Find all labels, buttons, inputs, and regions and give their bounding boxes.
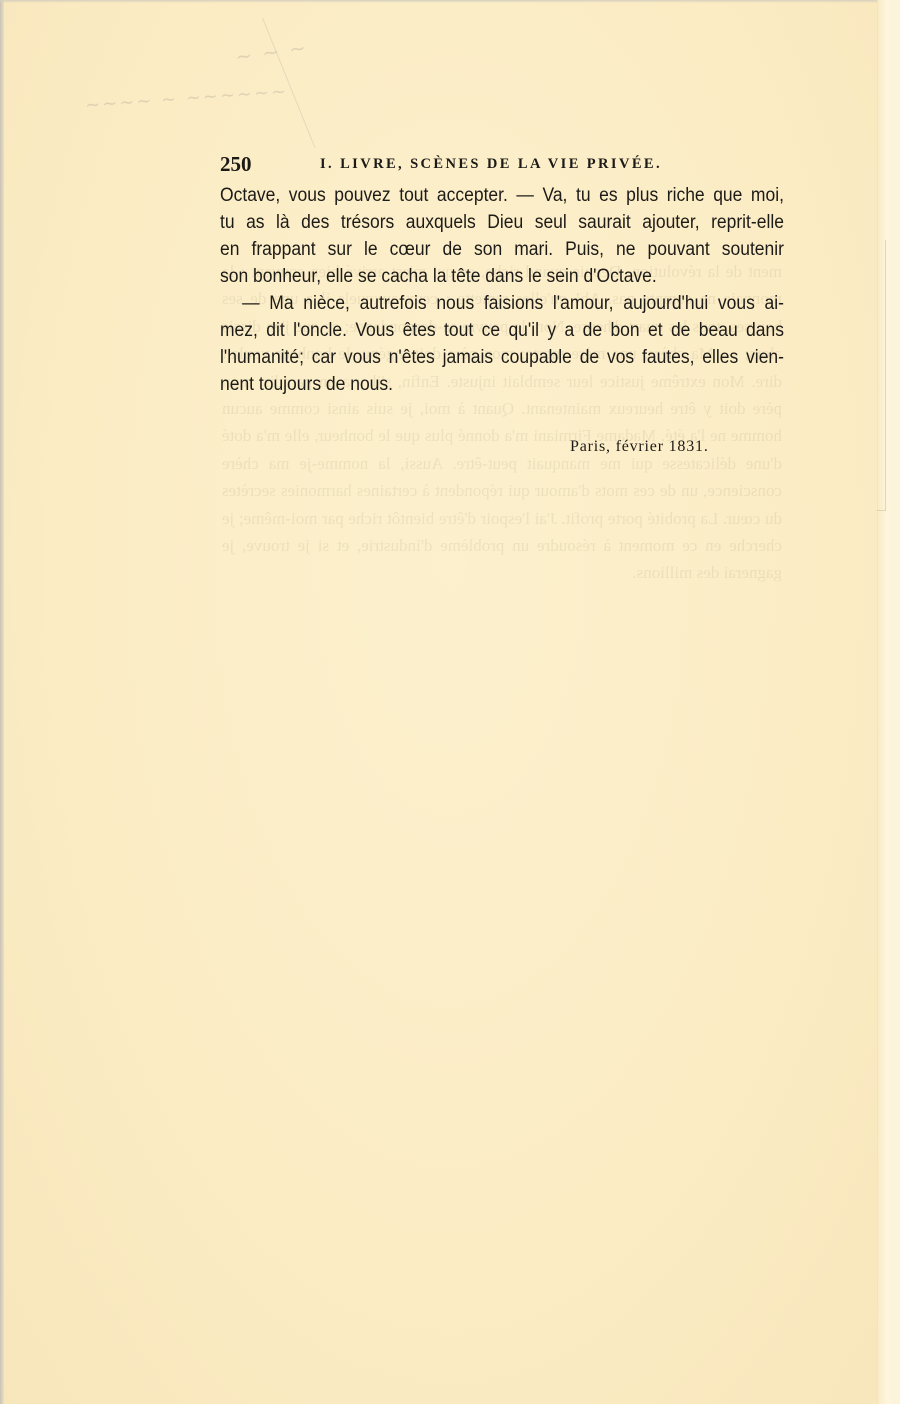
page-top-edge bbox=[0, 0, 900, 3]
text-line: tu as là des trésors auxquels Dieu seul … bbox=[220, 209, 784, 236]
text-line: mez, dit l'oncle. Vous êtes tout ce qu'i… bbox=[220, 317, 784, 344]
text-line: — Ma nièce, autrefois nous faisions l'am… bbox=[220, 290, 784, 317]
scanned-page: ~ ~ ~ ~~~~ ~ ~~~~~~ ment de la révolutio… bbox=[0, 0, 900, 1404]
body-text: Octave, vous pouvez tout accepter. — Va,… bbox=[220, 182, 739, 398]
page-right-edge-strip bbox=[877, 0, 900, 1404]
paragraph-1: Octave, vous pouvez tout accepter. — Va,… bbox=[220, 182, 784, 290]
text-line: en frappant sur le cœur de son mari. Pui… bbox=[220, 236, 784, 263]
page-fold-mark bbox=[877, 240, 886, 511]
page-header: 250 I. LIVRE, SCÈNES DE LA VIE PRIVÉE. bbox=[220, 152, 690, 178]
signoff-place-date: Paris, février 1831. bbox=[570, 438, 709, 456]
text-line: Octave, vous pouvez tout accepter. — Va,… bbox=[220, 182, 784, 209]
paragraph-2: — Ma nièce, autrefois nous faisions l'am… bbox=[220, 290, 784, 398]
text-line: nent toujours de nous. bbox=[220, 371, 784, 398]
pencil-annotation: ~~~~ ~ ~~~~~~ bbox=[85, 81, 289, 116]
text-line: l'humanité; car vous n'êtes jamais coupa… bbox=[220, 344, 784, 371]
text-line: son bonheur, elle se cacha la tête dans … bbox=[220, 263, 784, 290]
page-number: 250 bbox=[220, 152, 252, 177]
page-left-edge bbox=[0, 0, 4, 1404]
running-head: I. LIVRE, SCÈNES DE LA VIE PRIVÉE. bbox=[320, 156, 662, 173]
